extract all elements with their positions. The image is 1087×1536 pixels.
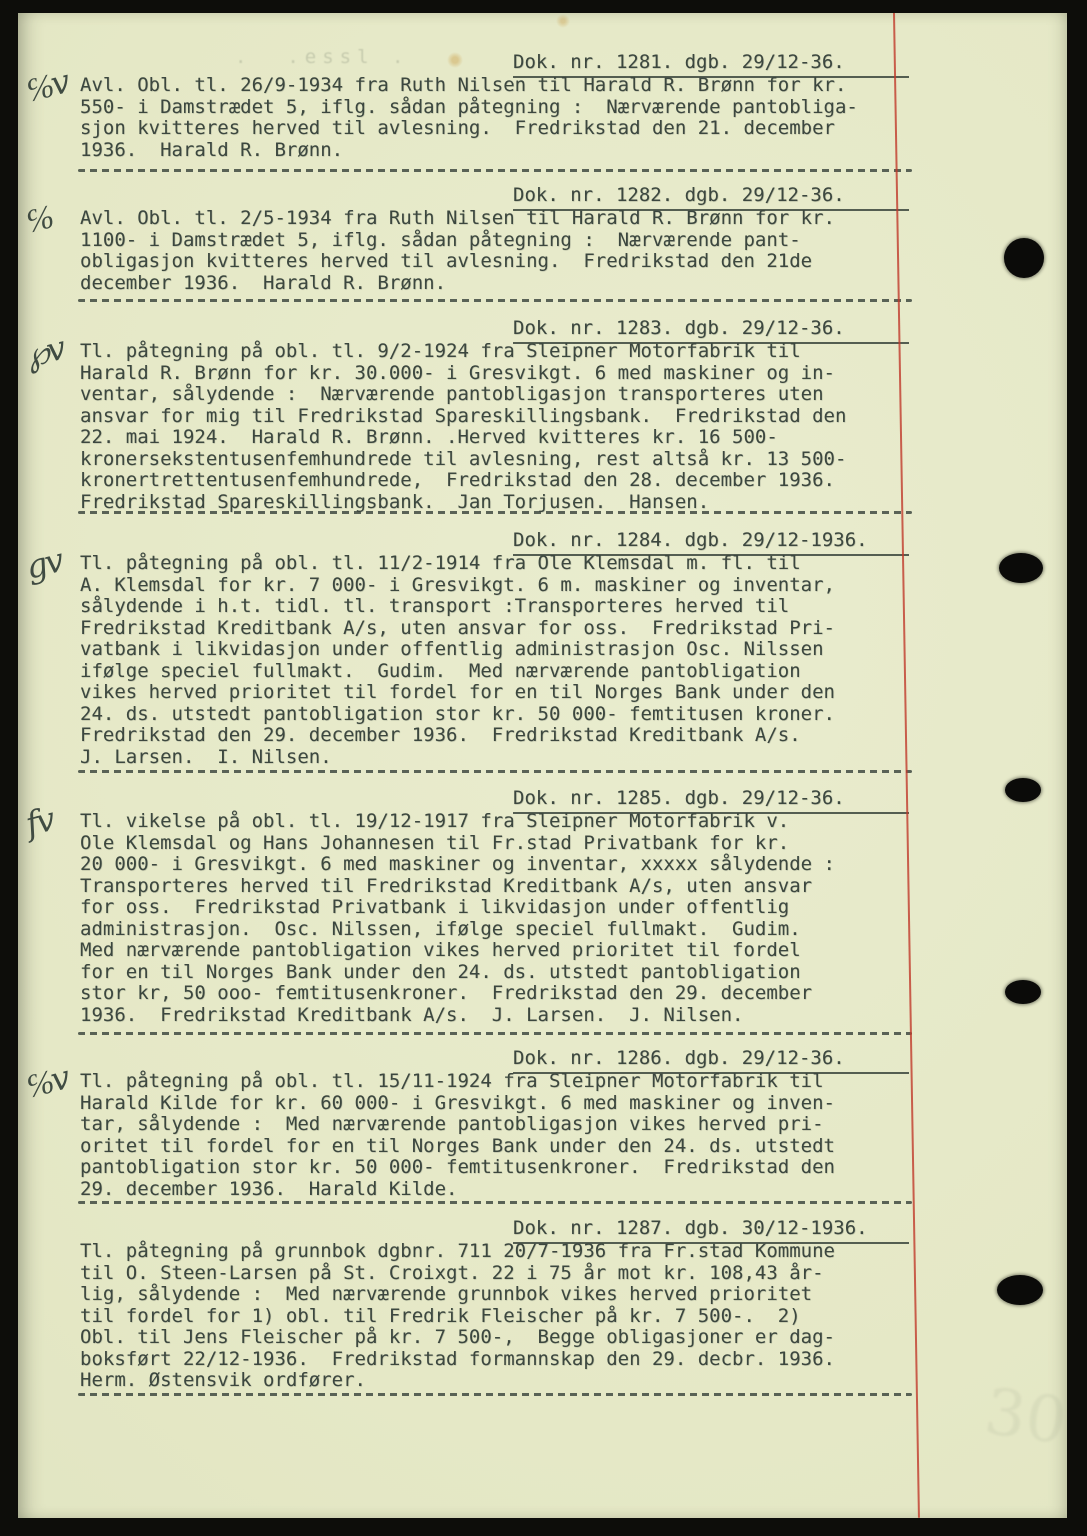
show-through-ghost-text: 30	[980, 1375, 1071, 1460]
entry-body-text: Tl. vikelse på obl. tl. 19/12-1917 fra S…	[80, 811, 835, 1026]
entry-body-text: Avl. Obl. tl. 26/9-1934 fra Ruth Nilsen …	[80, 75, 858, 161]
dashed-separator	[78, 299, 912, 302]
punch-hole	[1005, 778, 1041, 802]
punch-hole	[1005, 980, 1041, 1004]
scan-edge-top	[0, 0, 1087, 13]
dashed-separator	[78, 770, 912, 773]
dashed-separator	[78, 169, 912, 172]
punch-hole	[997, 1275, 1043, 1305]
entry-body-text: Tl. påtegning på obl. tl. 11/2-1914 fra …	[80, 553, 835, 768]
punch-hole	[999, 553, 1043, 583]
ink-offset-ghost-text: . .essl .	[235, 46, 409, 68]
entry-body-text: Tl. påtegning på obl. tl. 9/2-1924 fra S…	[80, 341, 846, 513]
scan-edge-right	[1067, 0, 1087, 1536]
dashed-separator	[78, 1393, 912, 1396]
scan-edge-bottom	[0, 1518, 1087, 1536]
dashed-separator	[78, 1032, 912, 1035]
scanned-register-page: . .essl . 30 ℅v Dok. nr. 1281. dgb. 29/1…	[0, 0, 1087, 1536]
punch-hole	[1004, 238, 1044, 278]
entry-body-text: Tl. påtegning på obl. tl. 15/11-1924 fra…	[80, 1071, 835, 1200]
entry-body-text: Tl. påtegning på grunnbok dgbnr. 711 20/…	[80, 1241, 835, 1392]
scan-edge-left	[0, 0, 18, 1536]
dashed-separator	[78, 1201, 912, 1204]
entry-body-text: Avl. Obl. tl. 2/5-1934 fra Ruth Nilsen t…	[80, 208, 835, 294]
dashed-separator	[78, 511, 912, 514]
